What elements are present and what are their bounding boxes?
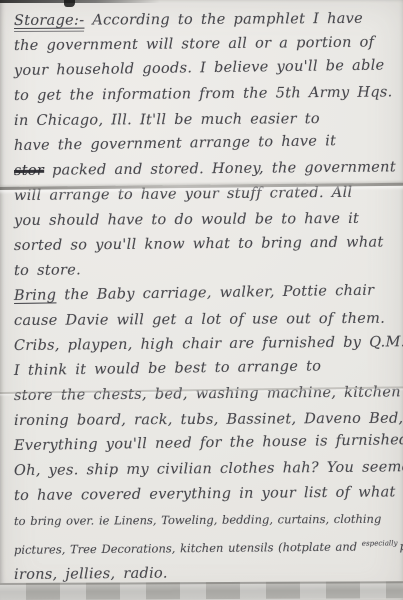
line-text: especially	[362, 538, 398, 547]
line-text: to get the information from the 5th Army…	[14, 84, 393, 104]
line-text: I think it would be best to arrange to	[14, 358, 321, 379]
line-text: Everything you'll need for the house is …	[14, 432, 403, 454]
paper-bottom-edge	[0, 581, 403, 600]
handwritten-line: pictures, Tree Decorations, kitchen uten…	[14, 530, 399, 563]
handwritten-line: have the government arrange to have it	[14, 128, 399, 159]
line-text: Bring	[14, 287, 57, 304]
line-text: to store.	[14, 262, 81, 279]
line-text: Oh, yes. ship my civilian clothes hah? Y…	[14, 459, 403, 479]
line-text: ironing board, rack, tubs, Bassinet, Dav…	[14, 410, 403, 429]
letter-page: Storage:- According to the pamphlet I ha…	[0, 0, 403, 600]
line-text: packed and stored. Honey, the government	[44, 159, 396, 178]
line-text: the government will store all or a porti…	[14, 35, 374, 54]
scan-top-edge	[0, 0, 160, 3]
line-text: the Baby carriage, walker, Pottie chair	[56, 283, 374, 304]
handwritten-line: your household goods. I believe you'll b…	[14, 53, 399, 84]
handwritten-line: Bring the Baby carriage, walker, Pottie …	[14, 278, 399, 309]
line-text: in Chicago, Ill. It'll be much easier to	[14, 111, 320, 129]
handwritten-line: Oh, yes. ship my civilian clothes hah? Y…	[14, 455, 399, 484]
line-text: Storage:-	[14, 13, 85, 32]
line-text: your household goods. I believe you'll b…	[14, 58, 385, 79]
handwritten-line: stor packed and stored. Honey, the gover…	[14, 155, 399, 184]
handwritten-line: Everything you'll need for the house is …	[14, 428, 399, 459]
handwritten-line: store the chests, bed, washing machine, …	[14, 380, 399, 409]
line-text: irons, jellies, radio.	[14, 565, 168, 582]
line-text: pictures, Tree Decorations, kitchen uten…	[14, 539, 362, 556]
line-text: According to the pamphlet I have	[84, 11, 363, 29]
handwritten-line: to get the information from the 5th Army…	[14, 80, 399, 109]
line-text: pressure cooker)	[399, 538, 403, 553]
line-text: to bring over. ie Linens, Toweling, bedd…	[14, 512, 381, 528]
scan-corner-mark	[64, 0, 75, 7]
line-text: you should have to do would be to have i…	[14, 211, 359, 229]
handwritten-line: I think it would be best to arrange to	[14, 353, 399, 384]
letter-body: Storage:- According to the pamphlet I ha…	[14, 9, 399, 586]
line-text: Cribs, playpen, high chair are furnished…	[14, 334, 403, 354]
crossed-out-word: stor	[14, 163, 44, 179]
line-text: sorted so you'll know what to bring and …	[14, 234, 384, 254]
line-text: have the government arrange to have it	[14, 133, 336, 154]
handwritten-line: sorted so you'll know what to bring and …	[14, 230, 399, 259]
line-text: cause Davie will get a lot of use out of…	[14, 311, 385, 329]
line-text: to have covered everything in your list …	[14, 484, 396, 504]
handwritten-line: to have covered everything in your list …	[14, 480, 399, 509]
